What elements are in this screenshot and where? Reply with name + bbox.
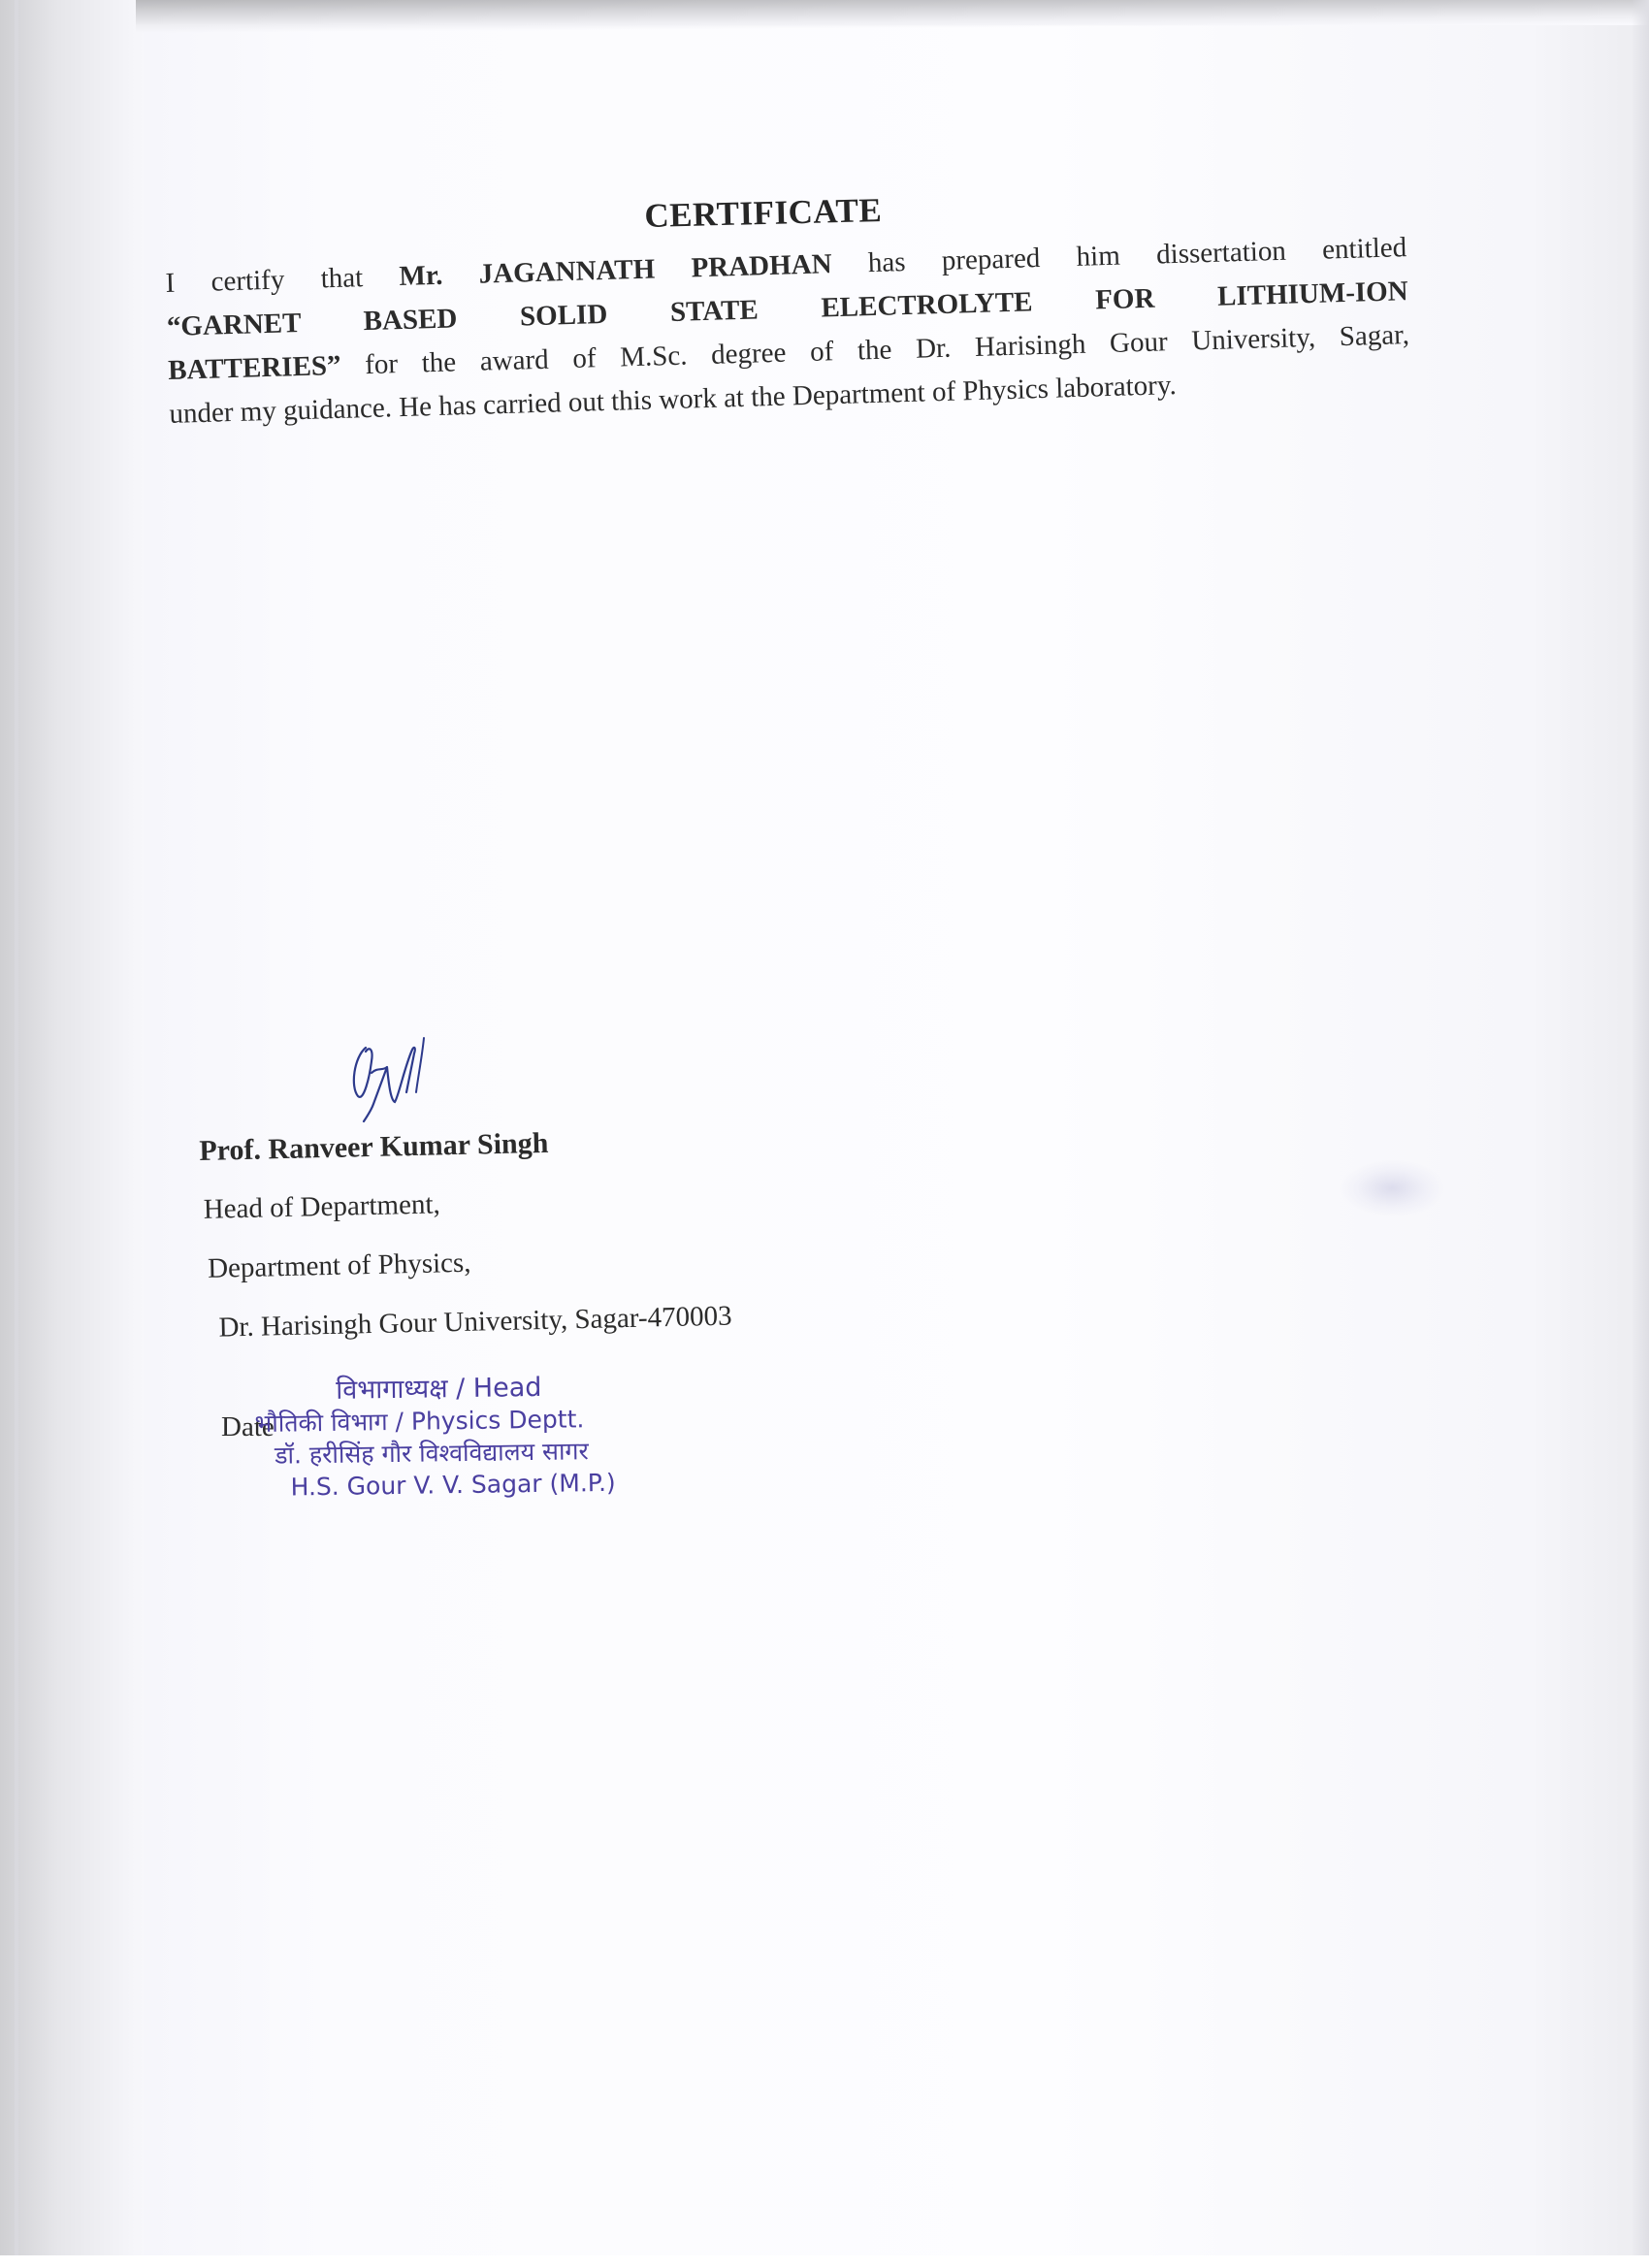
signatory-designation: Head of Department, bbox=[200, 1183, 729, 1226]
signatory-name: Prof. Ranveer Kumar Singh bbox=[199, 1123, 728, 1168]
signatory-university: Dr. Harisingh Gour University, Sagar-470… bbox=[203, 1301, 732, 1345]
signatory-department: Department of Physics, bbox=[202, 1242, 731, 1285]
stamp-line-university-english: H.S. Gour V. V. Sagar (M.P.) bbox=[255, 1467, 616, 1504]
body-text-segment: I certify that bbox=[165, 261, 400, 299]
signatory-block: Prof. Ranveer Kumar Singh Head of Depart… bbox=[199, 1123, 733, 1372]
stamp-line-department: भौतिकी विभाग / Physics Deptt. bbox=[254, 1403, 615, 1440]
body-emphasis: BATTERIES” bbox=[168, 350, 341, 386]
certificate-body: I certify that Mr. JAGANNATH PRADHAN has… bbox=[165, 226, 1411, 437]
body-emphasis: Mr. JAGANNATH PRADHAN bbox=[399, 248, 832, 292]
certificate-document: CERTIFICATE I certify that Mr. JAGANNATH… bbox=[0, 0, 1649, 2268]
certificate-title: CERTIFICATE bbox=[644, 191, 883, 236]
stamp-line-university-hindi: डॉ. हरीसिंह गौर विश्वविद्यालय सागर bbox=[255, 1435, 616, 1472]
department-stamp: विभागाध्यक्ष / Head भौतिकी विभाग / Physi… bbox=[254, 1371, 616, 1504]
handwritten-signature bbox=[344, 1028, 451, 1125]
stamp-line-head: विभागाध्यक्ष / Head bbox=[254, 1371, 615, 1408]
